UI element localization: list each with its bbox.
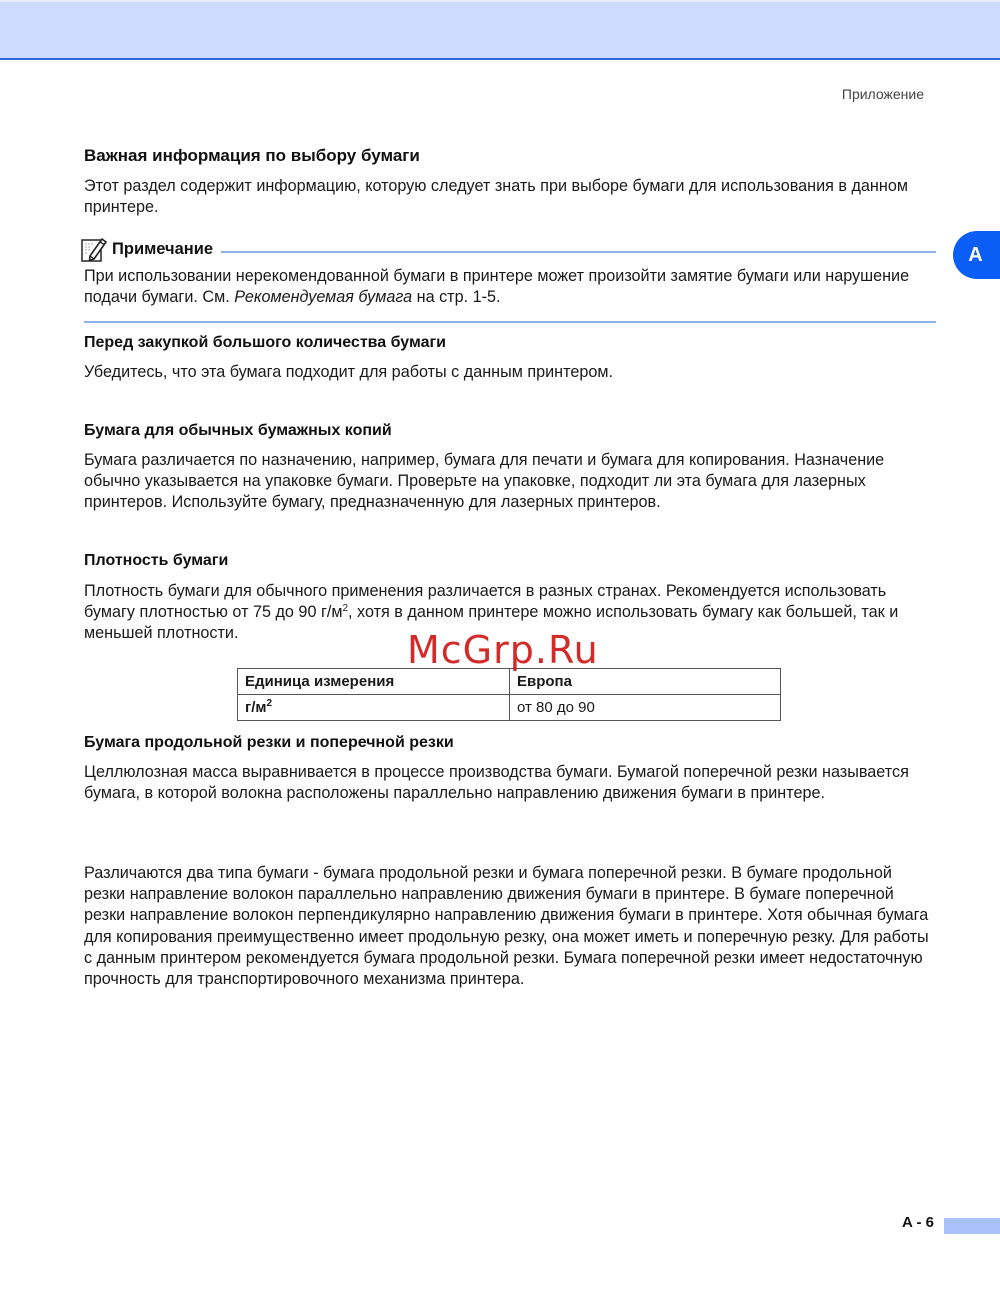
subsection-text-plain-copy-paper: Бумага различается по назначению, наприм… xyxy=(84,450,936,514)
density-table-header-unit: Единица измерения xyxy=(238,669,510,695)
running-header-title: Приложение xyxy=(842,86,924,102)
unit-label: г/м xyxy=(245,699,267,716)
subsection-title-paper-density: Плотность бумаги xyxy=(84,552,228,570)
subsection-title-grain-direction: Бумага продольной резки и поперечной рез… xyxy=(84,734,454,752)
unit-sup: 2 xyxy=(267,698,273,709)
subsection-text-grain-direction: Целлюлозная масса выравнивается в процес… xyxy=(84,762,936,804)
section-title: Важная информация по выбору бумаги xyxy=(84,146,420,166)
density-table-header-row: Единица измерения Европа xyxy=(238,669,781,695)
note-link-recommended-paper[interactable]: Рекомендуемая бумага xyxy=(234,288,412,306)
appendix-side-tab[interactable]: A xyxy=(953,231,1000,279)
subsection-title-plain-copy-paper: Бумага для обычных бумажных копий xyxy=(84,422,392,440)
note-end-rule xyxy=(84,321,936,323)
footer-page-bar xyxy=(944,1218,1000,1234)
note-text: При использовании нерекомендованной бума… xyxy=(84,266,936,308)
density-table-cell-value: от 80 до 90 xyxy=(510,695,781,721)
note-header: Примечание xyxy=(80,234,936,264)
note-text-after: на стр. 1-5. xyxy=(412,288,500,306)
page-number: A - 6 xyxy=(902,1214,934,1231)
subsection-text-grain-direction-2: Различаются два типа бумаги - бумага про… xyxy=(84,863,936,990)
density-table-header-europe: Европа xyxy=(510,669,781,695)
note-header-rule xyxy=(221,251,936,253)
top-header-band xyxy=(0,0,1000,60)
density-table-cell-unit: г/м2 xyxy=(238,695,510,721)
note-title: Примечание xyxy=(112,240,213,259)
section-intro: Этот раздел содержит информацию, которую… xyxy=(84,176,936,218)
watermark: McGrp.Ru xyxy=(407,628,599,672)
density-table: Единица измерения Европа г/м2 от 80 до 9… xyxy=(237,668,781,721)
note-pencil-icon xyxy=(80,235,108,263)
table-row: г/м2 от 80 до 90 xyxy=(238,695,781,721)
subsection-text-bulk-purchase: Убедитесь, что эта бумага подходит для р… xyxy=(84,362,936,383)
subsection-title-bulk-purchase: Перед закупкой большого количества бумаг… xyxy=(84,334,446,352)
